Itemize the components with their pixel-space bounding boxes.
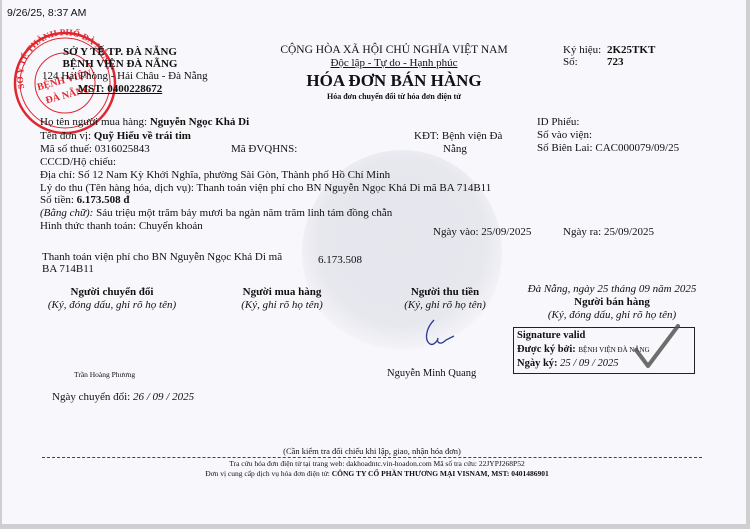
conversion-date-row: Ngày chuyển đổi: 26 / 09 / 2025 <box>52 391 194 403</box>
issuer-address: 124 Hải Phòng - Hải Châu - Đà Nẵng <box>42 70 198 82</box>
buyer-address-row: Địa chỉ: Số 12 Nam Kỳ Khởi Nghĩa, phường… <box>40 169 390 181</box>
buyer-name-row: Họ tên người mua hàng: Nguyễn Ngọc Khả D… <box>40 116 249 128</box>
buyer-tax-label: Mã số thuế: <box>40 143 92 155</box>
sign-date-label: Ngày ký: <box>517 358 558 369</box>
digital-signature-box: Signature valid Được ký bởi: BỆNH VIỆN Đ… <box>513 327 695 374</box>
amount-label: Số tiền: <box>40 194 74 206</box>
print-timestamp: 9/26/25, 8:37 AM <box>7 7 86 19</box>
amount-words-row: (Bằng chữ): Sáu triệu một trăm bảy mươi … <box>40 207 392 219</box>
issuer-department: SỞ Y TẾ TP. ĐÀ NẴNG <box>50 46 190 58</box>
signed-by-row: Được ký bởi: BỆNH VIỆN ĐÀ NẴNG <box>517 344 650 355</box>
buyer-name-label: Họ tên người mua hàng: <box>40 116 147 128</box>
place-date: Đà Nẵng, ngày 25 tháng 09 năm 2025 <box>507 283 717 295</box>
admission-no-label: Số vào viện: <box>537 129 592 141</box>
id-label: CCCD/Hộ chiếu: <box>40 156 116 168</box>
reason-value: Thanh toán viện phí cho BN Nguyễn Ngọc K… <box>197 182 492 194</box>
invoice-page: 9/26/25, 8:37 AM SỞ Y TẾ THÀNH PHỐ ĐÀ NẴ… <box>2 0 746 524</box>
buyer-sign-note: (Ký, ghi rõ họ tên) <box>222 299 342 311</box>
buyer-address-label: Địa chỉ: <box>40 169 75 181</box>
buyer-sign-title: Người mua hàng <box>227 286 337 298</box>
receipt-label: Số Biên Lai: <box>537 142 593 154</box>
buyer-unit-value: Quỹ Hiểu về trái tim <box>94 130 191 142</box>
buyer-tax-value: 0316025843 <box>95 143 150 155</box>
seller-title: Người bán hàng <box>532 296 692 308</box>
conversion-date-label: Ngày chuyển đổi: <box>52 391 130 403</box>
collector-title: Người thu tiền <box>390 286 500 298</box>
amount-words-value: Sáu triệu một trăm bảy mươi ba ngàn năm … <box>96 207 392 219</box>
ticket-id-label: ID Phiếu: <box>537 116 579 128</box>
converter-note: (Ký, đóng dấu, ghi rõ họ tên) <box>32 299 192 311</box>
amount-row: Số tiền: 6.173.508 đ <box>40 194 130 206</box>
reason-label: Lý do thu (Tên hàng hóa, dịch vụ): <box>40 182 194 194</box>
payment-label: Hình thức thanh toán: <box>40 220 136 232</box>
footer-provider-label: Đơn vị cung cấp dịch vụ hóa đơn điện tử: <box>205 469 330 478</box>
date-in-value: 25/09/2025 <box>481 226 531 238</box>
date-out-row: Ngày ra: 25/09/2025 <box>563 226 654 238</box>
signed-by-label: Được ký bởi: <box>517 344 576 355</box>
symbol-label: Ký hiệu: <box>563 44 601 56</box>
date-out-value: 25/09/2025 <box>604 226 654 238</box>
buyer-name-value: Nguyễn Ngọc Khả Di <box>150 116 249 128</box>
line-item-desc-1: Thanh toán viện phí cho BN Nguyễn Ngọc K… <box>42 251 282 263</box>
sign-date-value: 25 / 09 / 2025 <box>560 358 618 369</box>
payment-value: Chuyển khoản <box>139 220 203 232</box>
collector-note: (Ký, ghi rõ họ tên) <box>385 299 505 311</box>
footer-check-note: (Cần kiểm tra đối chiếu khi lập, giao, n… <box>202 446 542 456</box>
dvqhns-label: Mã ĐVQHNS: <box>231 143 297 155</box>
converter-name: Trần Hoàng Phương <box>74 370 135 379</box>
footer-provider-value: CÔNG TY CỔ PHẦN THƯƠNG MẠI VISNAM, MST: … <box>332 469 549 478</box>
buyer-unit-label: Tên đơn vị: <box>40 130 91 142</box>
amount-words-label: (Bằng chữ): <box>40 207 93 219</box>
buyer-address-value: Số 12 Nam Kỳ Khởi Nghĩa, phường Sài Gòn,… <box>78 169 390 181</box>
footer-provider-row: Đơn vị cung cấp dịch vụ hóa đơn điện tử:… <box>122 469 632 478</box>
receipt-row: Số Biên Lai: CAC000079/09/25 <box>537 142 679 154</box>
handwritten-signature-icon <box>420 318 460 350</box>
date-in-row: Ngày vào: 25/09/2025 <box>433 226 531 238</box>
document-subtitle: Hóa đơn chuyển đổi từ hóa đơn điện tử <box>264 92 524 101</box>
nation-title: CỘNG HÒA XÃ HỘI CHỦ NGHĨA VIỆT NAM <box>264 44 524 56</box>
number-value: 723 <box>607 56 624 68</box>
signature-status: Signature valid <box>517 330 585 341</box>
document-title: HÓA ĐƠN BÁN HÀNG <box>264 71 524 91</box>
kdt-label-cont: Nẵng <box>443 143 467 155</box>
buyer-tax-row: Mã số thuế: 0316025843 <box>40 143 150 155</box>
date-in-label: Ngày vào: <box>433 226 479 238</box>
buyer-unit-row: Tên đơn vị: Quỹ Hiểu về trái tim <box>40 130 191 142</box>
converter-title: Người chuyển đổi <box>42 286 182 298</box>
conversion-date-value: 26 / 09 / 2025 <box>133 391 194 403</box>
amount-value: 6.173.508 đ <box>77 194 130 206</box>
line-item-desc-2: BA 714B11 <box>42 263 94 275</box>
line-item-amount: 6.173.508 <box>318 254 362 266</box>
nation-motto: Độc lập - Tự do - Hạnh phúc <box>264 57 524 69</box>
date-out-label: Ngày ra: <box>563 226 601 238</box>
issuer-tax-code: MST: 0400228672 <box>50 83 190 95</box>
issuer-hospital: BỆNH VIỆN ĐÀ NẴNG <box>50 58 190 70</box>
seller-note: (Ký, đóng dấu, ghi rõ họ tên) <box>522 309 702 321</box>
checkmark-icon <box>632 324 682 372</box>
payment-row: Hình thức thanh toán: Chuyển khoản <box>40 220 203 232</box>
number-label: Số: <box>563 56 578 68</box>
collector-name: Nguyễn Minh Quang <box>387 368 476 379</box>
symbol-value: 2K25TKT <box>607 44 655 56</box>
footer-divider <box>42 457 702 458</box>
kdt-label: KĐT: Bệnh viện Đà <box>414 130 502 142</box>
sign-date-row: Ngày ký: 25 / 09 / 2025 <box>517 358 619 369</box>
receipt-value: CAC000079/09/25 <box>595 142 679 154</box>
footer-lookup-line: Tra cứu hóa đơn điện tử tại trang web: d… <box>152 459 602 468</box>
reason-row: Lý do thu (Tên hàng hóa, dịch vụ): Thanh… <box>40 182 491 194</box>
